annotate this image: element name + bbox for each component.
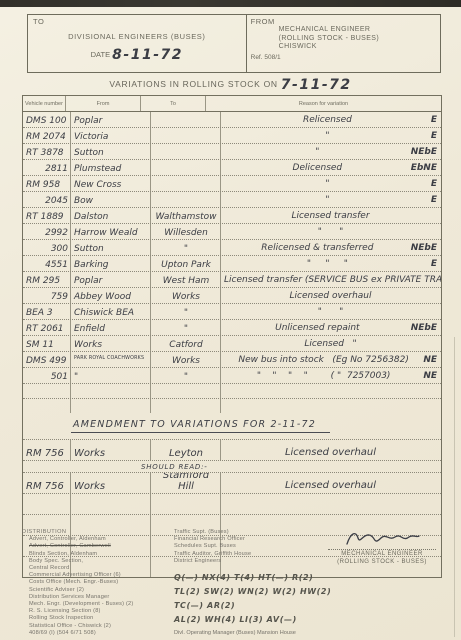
cell-reason: " E bbox=[221, 192, 441, 207]
cell-vehicle-number: RT 3878 bbox=[23, 144, 71, 159]
table-row: 2811 Plumstead Delicensed EbNE bbox=[23, 160, 441, 176]
cell-reason: " " bbox=[221, 224, 441, 239]
table-row: BEA 3 Chiswick BEA " " " bbox=[23, 304, 441, 320]
col-header-from: From bbox=[66, 96, 141, 111]
distribution-item: Statistical Office - Chiswick (2) bbox=[22, 623, 174, 630]
reason-text: " bbox=[224, 195, 431, 206]
reason-text bbox=[224, 396, 437, 397]
reason-text bbox=[224, 411, 437, 412]
table-row: RM 756 Works Leyton Licensed overhaul bbox=[23, 440, 441, 461]
cell-from: PARK ROYAL COACHWORKS bbox=[71, 352, 151, 367]
table-row: RM 2074 Victoria " E bbox=[23, 128, 441, 144]
reason-text: Relicensed bbox=[224, 115, 431, 126]
col-header-vehicle: Vehicle number bbox=[23, 96, 66, 111]
title-date-handwritten: 7-11-72 bbox=[281, 77, 352, 93]
status-code: E bbox=[431, 179, 439, 190]
cell-to bbox=[151, 384, 221, 398]
cell-reason: Licensed transfer bbox=[221, 208, 441, 223]
cell-to: Works bbox=[151, 352, 221, 367]
cell-reason bbox=[221, 494, 441, 514]
recipient-item: District Engineers bbox=[174, 558, 332, 565]
status-code bbox=[437, 349, 439, 350]
amendment-title-row: AMENDMENT TO VARIATIONS FOR 2-11-72 bbox=[23, 413, 441, 440]
reason-text: " " " bbox=[224, 259, 431, 270]
cell-reason: " E bbox=[221, 128, 441, 143]
scanned-form-page: TO DIVISIONAL ENGINEERS (BUSES) DATE 8-1… bbox=[0, 0, 461, 640]
cell-from: Sutton bbox=[71, 144, 151, 159]
cell-reason: " " " " ( " 7257003) NE bbox=[221, 368, 441, 383]
reason-text: New bus into stock (Eg No 7256382) bbox=[224, 355, 423, 366]
cell-vehicle-number: 2992 bbox=[23, 224, 71, 239]
cell-to: West Ham bbox=[151, 272, 221, 287]
table-row: 2045 Bow " E bbox=[23, 192, 441, 208]
reason-text: Licensed overhaul bbox=[224, 480, 437, 492]
cell-to: " bbox=[151, 368, 221, 383]
distribution-item: Advert, Controller, Camberwell bbox=[22, 543, 174, 550]
header-from-cell: FROM MECHANICAL ENGINEER (ROLLING STOCK … bbox=[247, 15, 440, 72]
cell-vehicle-number: BEA 3 bbox=[23, 304, 71, 319]
cell-from: New Cross bbox=[71, 176, 151, 191]
cell-from: Abbey Wood bbox=[71, 288, 151, 303]
date-label: DATE bbox=[91, 50, 110, 59]
signatory-line-2: (ROLLING STOCK - BUSES) bbox=[328, 559, 436, 567]
date-value-handwritten: 8-11-72 bbox=[112, 47, 183, 63]
table-row bbox=[23, 494, 441, 515]
cell-reason: " " bbox=[221, 304, 441, 319]
status-code bbox=[437, 512, 439, 513]
status-code: NE bbox=[423, 371, 439, 382]
cell-vehicle-number: RT 2061 bbox=[23, 320, 71, 335]
status-code: NEbE bbox=[411, 243, 439, 254]
garage-code-line: AL(2) WH(4) LI(3) AV(—) bbox=[174, 613, 332, 627]
table-body: DMS 100 Poplar Relicensed E RM 2074 Vict… bbox=[23, 112, 441, 413]
table-row: RM 958 New Cross " E bbox=[23, 176, 441, 192]
status-code: E bbox=[431, 115, 439, 126]
distribution-item: Blinds Section, Aldenham bbox=[22, 551, 174, 558]
cell-vehicle-number: RM 756 bbox=[23, 473, 71, 493]
cell-reason: Licensed overhaul bbox=[221, 440, 441, 460]
cell-to bbox=[151, 160, 221, 175]
table-row: RT 3878 Sutton " NEbE bbox=[23, 144, 441, 160]
cell-to bbox=[151, 128, 221, 143]
title-printed: VARIATIONS IN ROLLING STOCK ON bbox=[109, 79, 277, 89]
cell-reason: Licensed transfer (SERVICE BUS ex PRIVAT… bbox=[221, 272, 441, 287]
cell-reason: Unlicensed repaint NEbE bbox=[221, 320, 441, 335]
status-code bbox=[437, 411, 439, 412]
cell-from bbox=[71, 384, 151, 398]
distribution-item: Central Record bbox=[22, 565, 174, 572]
to-value: DIVISIONAL ENGINEERS (BUSES) bbox=[28, 32, 246, 41]
recipient-item: Traffic Auditor, Griffith House bbox=[174, 551, 332, 558]
status-code: E bbox=[431, 259, 439, 270]
cell-to bbox=[151, 144, 221, 159]
col-header-reason: Reason for variation bbox=[206, 96, 441, 111]
reason-text: " bbox=[224, 131, 431, 142]
signature-icon bbox=[343, 529, 421, 549]
cell-reason: Licensed " bbox=[221, 336, 441, 351]
reason-text: " bbox=[224, 147, 411, 158]
cell-to: Willesden bbox=[151, 224, 221, 239]
distribution-item: Rolling Stock Inspection bbox=[22, 615, 174, 622]
from-line-2: (ROLLING STOCK - BUSES) bbox=[279, 35, 436, 44]
status-code: E bbox=[431, 195, 439, 206]
cell-reason: " NEbE bbox=[221, 144, 441, 159]
cell-reason bbox=[221, 384, 441, 398]
table-row: RM 756 Works Stamford Hill Licensed over… bbox=[23, 473, 441, 494]
garage-code-line: TL(2) SW(2) WN(2) W(2) HW(2) bbox=[174, 585, 332, 599]
variations-table: Vehicle number From To Reason for variat… bbox=[22, 95, 442, 578]
from-address: MECHANICAL ENGINEER (ROLLING STOCK - BUS… bbox=[279, 26, 436, 52]
status-code bbox=[437, 491, 439, 492]
cell-vehicle-number: DMS 499 bbox=[23, 352, 71, 367]
garage-codes: Q(—) NX(4) T(4) HT(—) R(2)TL(2) SW(2) WN… bbox=[174, 571, 332, 627]
to-label: TO bbox=[33, 17, 44, 26]
cell-to: Stamford Hill bbox=[151, 473, 221, 493]
distribution-item: Scientific Adviser (2) bbox=[22, 587, 174, 594]
distribution-list: DISTRIBUTION Advert, Controller, Aldenha… bbox=[22, 529, 174, 637]
status-code bbox=[437, 221, 439, 222]
cell-vehicle-number: RM 2074 bbox=[23, 128, 71, 143]
header-to-cell: TO DIVISIONAL ENGINEERS (BUSES) DATE 8-1… bbox=[28, 15, 247, 72]
cell-to: Leyton bbox=[151, 440, 221, 460]
cell-vehicle-number: RM 295 bbox=[23, 272, 71, 287]
from-line-3: CHISWICK bbox=[279, 43, 436, 52]
cell-vehicle-number: 300 bbox=[23, 240, 71, 255]
amendment-title: AMENDMENT TO VARIATIONS FOR 2-11-72 bbox=[71, 419, 330, 433]
recipient-item: Schedules Supt. Buses bbox=[174, 543, 332, 550]
cell-from: " bbox=[71, 368, 151, 383]
header-box: TO DIVISIONAL ENGINEERS (BUSES) DATE 8-1… bbox=[27, 14, 441, 73]
cell-from: Dalston bbox=[71, 208, 151, 223]
cell-from: Barking bbox=[71, 256, 151, 271]
status-code bbox=[437, 237, 439, 238]
footer: DISTRIBUTION Advert, Controller, Aldenha… bbox=[22, 529, 442, 637]
distribution-item: R. S. Licensing Section (8) bbox=[22, 608, 174, 615]
from-line-1: MECHANICAL ENGINEER bbox=[279, 26, 436, 35]
table-row bbox=[23, 384, 441, 399]
reason-text: Licensed transfer (SERVICE BUS ex PRIVAT… bbox=[224, 275, 441, 286]
distribution-items: Advert, Controller, AldenhamAdvert, Cont… bbox=[22, 536, 174, 637]
reason-text bbox=[224, 512, 437, 513]
paper-edge-shadow bbox=[454, 337, 455, 637]
cell-reason: Licensed overhaul bbox=[221, 473, 441, 493]
dom-line: Divl. Operating Manager (Buses) Mansion … bbox=[174, 630, 332, 637]
distribution-item: Distribution Services Manager bbox=[22, 594, 174, 601]
cell-reason: Relicensed E bbox=[221, 112, 441, 127]
distribution-item: Commercial Advertising Officer (6) bbox=[22, 572, 174, 579]
recipients-block: Traffic Supt. (Buses)Financial Research … bbox=[174, 529, 332, 637]
cell-from: Chiswick BEA bbox=[71, 304, 151, 319]
recipient-item: Financial Research Officer bbox=[174, 536, 332, 543]
table-row: 4551 Barking Upton Park " " " E bbox=[23, 256, 441, 272]
distribution-item: Costs Office (Mech. Engr.-Buses) bbox=[22, 579, 174, 586]
col-header-to: To bbox=[141, 96, 206, 111]
table-row: DMS 100 Poplar Relicensed E bbox=[23, 112, 441, 128]
reason-text: " " bbox=[224, 227, 437, 238]
date-line: DATE 8-11-72 bbox=[28, 47, 246, 63]
distribution-title: DISTRIBUTION bbox=[22, 529, 174, 536]
cell-to bbox=[151, 399, 221, 413]
cell-from: Works bbox=[71, 336, 151, 351]
reason-text: " " bbox=[224, 307, 437, 318]
table-row: RM 295 Poplar West Ham Licensed transfer… bbox=[23, 272, 441, 288]
status-code: NE bbox=[423, 355, 439, 366]
reason-text: Licensed overhaul bbox=[224, 447, 437, 459]
cell-to: " bbox=[151, 304, 221, 319]
cell-from: Plumstead bbox=[71, 160, 151, 175]
cell-reason: " " " E bbox=[221, 256, 441, 271]
reason-text: Licensed overhaul bbox=[224, 291, 437, 302]
ref-number: Ref. 508/1 bbox=[251, 54, 436, 61]
table-row: 501 " " " " " " ( " 7257003) NE bbox=[23, 368, 441, 384]
cell-from: Harrow Weald bbox=[71, 224, 151, 239]
cell-to: " bbox=[151, 320, 221, 335]
cell-from: Poplar bbox=[71, 272, 151, 287]
cell-to bbox=[151, 112, 221, 127]
status-code: EbNE bbox=[411, 163, 439, 174]
cell-to bbox=[151, 494, 221, 514]
cell-reason: Delicensed EbNE bbox=[221, 160, 441, 175]
table-row: 2992 Harrow Weald Willesden " " bbox=[23, 224, 441, 240]
cell-from: Victoria bbox=[71, 128, 151, 143]
cell-reason bbox=[221, 399, 441, 413]
signature-rule bbox=[328, 549, 436, 550]
status-code: NEbE bbox=[411, 323, 439, 334]
cell-vehicle-number bbox=[23, 384, 71, 398]
cell-reason: Relicensed & transferred NEbE bbox=[221, 240, 441, 255]
cell-reason: New bus into stock (Eg No 7256382) NE bbox=[221, 352, 441, 367]
cell-from: Bow bbox=[71, 192, 151, 207]
table-row: RT 1889 Dalston Walthamstow Licensed tra… bbox=[23, 208, 441, 224]
reason-text: Delicensed bbox=[224, 163, 411, 174]
status-code bbox=[437, 396, 439, 397]
recipient-item: Traffic Supt. (Buses) bbox=[174, 529, 332, 536]
should-read-note: SHOULD READ:- bbox=[23, 461, 441, 473]
reason-text: " bbox=[224, 179, 431, 190]
cell-from bbox=[71, 399, 151, 413]
paper: TO DIVISIONAL ENGINEERS (BUSES) DATE 8-1… bbox=[0, 7, 461, 640]
signature-block: MECHANICAL ENGINEER (ROLLING STOCK - BUS… bbox=[328, 529, 436, 566]
form-title: VARIATIONS IN ROLLING STOCK ON 7-11-72 bbox=[0, 77, 461, 93]
distribution-item: Body Spec. Section, bbox=[22, 558, 174, 565]
status-code: E bbox=[431, 131, 439, 142]
cell-vehicle-number: 2045 bbox=[23, 192, 71, 207]
scan-edge-top bbox=[0, 0, 461, 7]
status-code: NEbE bbox=[411, 147, 439, 158]
distribution-item: 408/69 (I) (504 6/71 508) bbox=[22, 630, 174, 637]
reason-text: Licensed transfer bbox=[224, 211, 437, 222]
cell-to bbox=[151, 176, 221, 191]
cell-from: Works bbox=[71, 473, 151, 493]
cell-to: Catford bbox=[151, 336, 221, 351]
garage-code-line: TC(—) AR(2) bbox=[174, 599, 332, 613]
cell-vehicle-number bbox=[23, 399, 71, 413]
reason-text: Relicensed & transferred bbox=[224, 243, 411, 254]
cell-vehicle-number: RM 756 bbox=[23, 440, 71, 460]
distribution-item: Advert, Controller, Aldenham bbox=[22, 536, 174, 543]
table-row: SM 11 Works Catford Licensed " bbox=[23, 336, 441, 352]
table-row: RT 2061 Enfield " Unlicensed repaint NEb… bbox=[23, 320, 441, 336]
status-code bbox=[437, 317, 439, 318]
table-row bbox=[23, 399, 441, 413]
from-label: FROM bbox=[251, 17, 436, 26]
table-row: 300 Sutton " Relicensed & transferred NE… bbox=[23, 240, 441, 256]
garage-code-line: Q(—) NX(4) T(4) HT(—) R(2) bbox=[174, 571, 332, 585]
table-header-row: Vehicle number From To Reason for variat… bbox=[23, 96, 441, 112]
distribution-item: Mech. Engr. (Development - Buses) (2) bbox=[22, 601, 174, 608]
cell-vehicle-number: DMS 100 bbox=[23, 112, 71, 127]
cell-vehicle-number: 2811 bbox=[23, 160, 71, 175]
status-code bbox=[437, 301, 439, 302]
cell-reason: " E bbox=[221, 176, 441, 191]
cell-from bbox=[71, 494, 151, 514]
cell-vehicle-number: SM 11 bbox=[23, 336, 71, 351]
cell-to: Upton Park bbox=[151, 256, 221, 271]
cell-vehicle-number: 501 bbox=[23, 368, 71, 383]
cell-from: Sutton bbox=[71, 240, 151, 255]
cell-vehicle-number: RM 958 bbox=[23, 176, 71, 191]
cell-from: Enfield bbox=[71, 320, 151, 335]
cell-from: Works bbox=[71, 440, 151, 460]
cell-reason: Licensed overhaul bbox=[221, 288, 441, 303]
cell-from: Poplar bbox=[71, 112, 151, 127]
reason-text: Unlicensed repaint bbox=[224, 323, 411, 334]
cell-to bbox=[151, 192, 221, 207]
status-code bbox=[437, 458, 439, 459]
cell-to: Works bbox=[151, 288, 221, 303]
cell-vehicle-number: 4551 bbox=[23, 256, 71, 271]
signatory-line-1: MECHANICAL ENGINEER bbox=[328, 551, 436, 559]
cell-to: " bbox=[151, 240, 221, 255]
cell-vehicle-number: RT 1889 bbox=[23, 208, 71, 223]
cell-to: Walthamstow bbox=[151, 208, 221, 223]
cell-vehicle-number bbox=[23, 494, 71, 514]
table-row: DMS 499 PARK ROYAL COACHWORKS Works New … bbox=[23, 352, 441, 368]
reason-text: Licensed " bbox=[224, 339, 437, 350]
reason-text: " " " " ( " 7257003) bbox=[224, 371, 423, 382]
signature-area: MECHANICAL ENGINEER (ROLLING STOCK - BUS… bbox=[332, 529, 442, 637]
recipients-list: Traffic Supt. (Buses)Financial Research … bbox=[174, 529, 332, 565]
cell-vehicle-number: 759 bbox=[23, 288, 71, 303]
table-row: 759 Abbey Wood Works Licensed overhaul bbox=[23, 288, 441, 304]
